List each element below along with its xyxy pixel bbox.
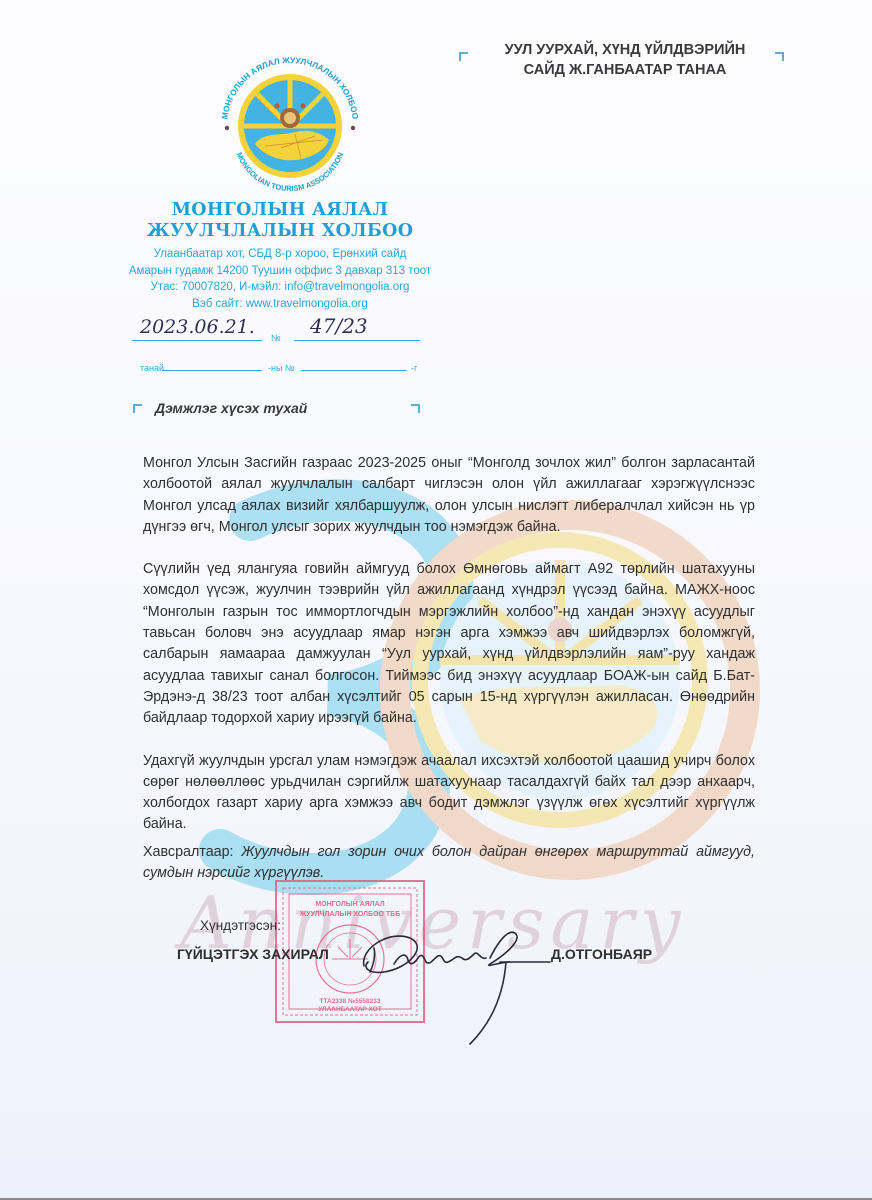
signatory-title: ГҮЙЦЭТГЭХ ЗАХИРАЛ: [177, 946, 329, 962]
subject-corner-left: [133, 404, 142, 413]
suffix-label: -г: [411, 363, 417, 373]
organization-logo-icon: МОНГОЛЫН АЯЛАЛ ЖУУЛЧЛАЛЫН ХОЛБОО MONGOLI…: [205, 48, 375, 198]
attachment-text: Жуулчдын гол зорин очих болон дайран өнг…: [143, 844, 755, 881]
addressee-line1: УУЛ УУРХАЙ, ХҮНД ҮЙЛДВЭРИЙН: [470, 40, 780, 60]
address-line2: Амарын гудамж 14200 Туушин оффис 3 давха…: [110, 263, 450, 280]
svg-text:МОНГОЛЫН АЯЛАЛ: МОНГОЛЫН АЯЛАЛ: [315, 901, 384, 908]
body-paragraph-3: Удахгүй жуулчдын урсгал улам нэмэгдэж ач…: [143, 751, 755, 836]
attachment-note: Хавсралтаар: Жуулчдын гол зорин очих бол…: [143, 842, 755, 885]
reply-number-underline: [301, 370, 407, 371]
svg-text:ЖУУЛЧЛАЛЫН ХОЛБОО ТББ: ЖУУЛЧЛАЛЫН ХОЛБОО ТББ: [299, 911, 400, 918]
org-name-line1: МОНГОЛЫН АЯЛАЛ: [110, 200, 450, 221]
handwritten-signature-icon: [350, 918, 570, 1048]
addressee-corner-left: [459, 52, 468, 61]
address-line1: Улаанбаатар хот, СБД 8-р хороо, Ерөнхий …: [110, 246, 450, 263]
addressee-line2: САЙД Ж.ГАНБААТАР ТАНАА: [470, 60, 780, 80]
website-line: Вэб сайт: www.travelmongolia.org: [110, 296, 450, 313]
contact-line: Утас: 70007820, И-мэйл: info@travelmongo…: [110, 279, 450, 296]
addressee: УУЛ УУРХАЙ, ХҮНД ҮЙЛДВЭРИЙН САЙД Ж.ГАНБА…: [470, 40, 780, 80]
subject-line: Дэмжлэг хүсэх тухай: [155, 400, 307, 416]
closing-salutation: Хүндэтгэсэн:: [200, 918, 281, 933]
date-underline: [132, 340, 262, 341]
number-underline: [294, 340, 420, 341]
body-paragraph-1: Монгол Улсын Засгийн газраас 2023-2025 о…: [143, 453, 755, 538]
body-paragraph-2: Сүүлийн үед ялангуяа говийн аймгууд боло…: [143, 559, 755, 729]
organization-name: МОНГОЛЫН АЯЛАЛ ЖУУЛЧЛАЛЫН ХОЛБОО: [110, 200, 450, 242]
letter-body: Монгол Улсын Засгийн газраас 2023-2025 о…: [143, 453, 755, 905]
attachment-label: Хавсралтаар:: [143, 844, 234, 860]
organization-contact-info: Улаанбаатар хот, СБД 8-р хороо, Ерөнхий …: [110, 246, 450, 312]
letter-page: Anniversary МОНГОЛЫН АЯЛАЛ ЖУУЛЧЛАЛЫН ХО…: [0, 0, 872, 1200]
subject-corner-right: [411, 404, 420, 413]
of-label: -ны №: [268, 363, 295, 373]
org-name-line2: ЖУУЛЧЛАЛЫН ХОЛБОО: [110, 221, 450, 242]
handwritten-number: 47/23: [310, 314, 368, 338]
your-underline: [162, 370, 262, 371]
number-label: №: [271, 333, 281, 343]
handwritten-date: 2023.06.21.: [140, 316, 255, 338]
your-label: танай: [140, 363, 164, 373]
